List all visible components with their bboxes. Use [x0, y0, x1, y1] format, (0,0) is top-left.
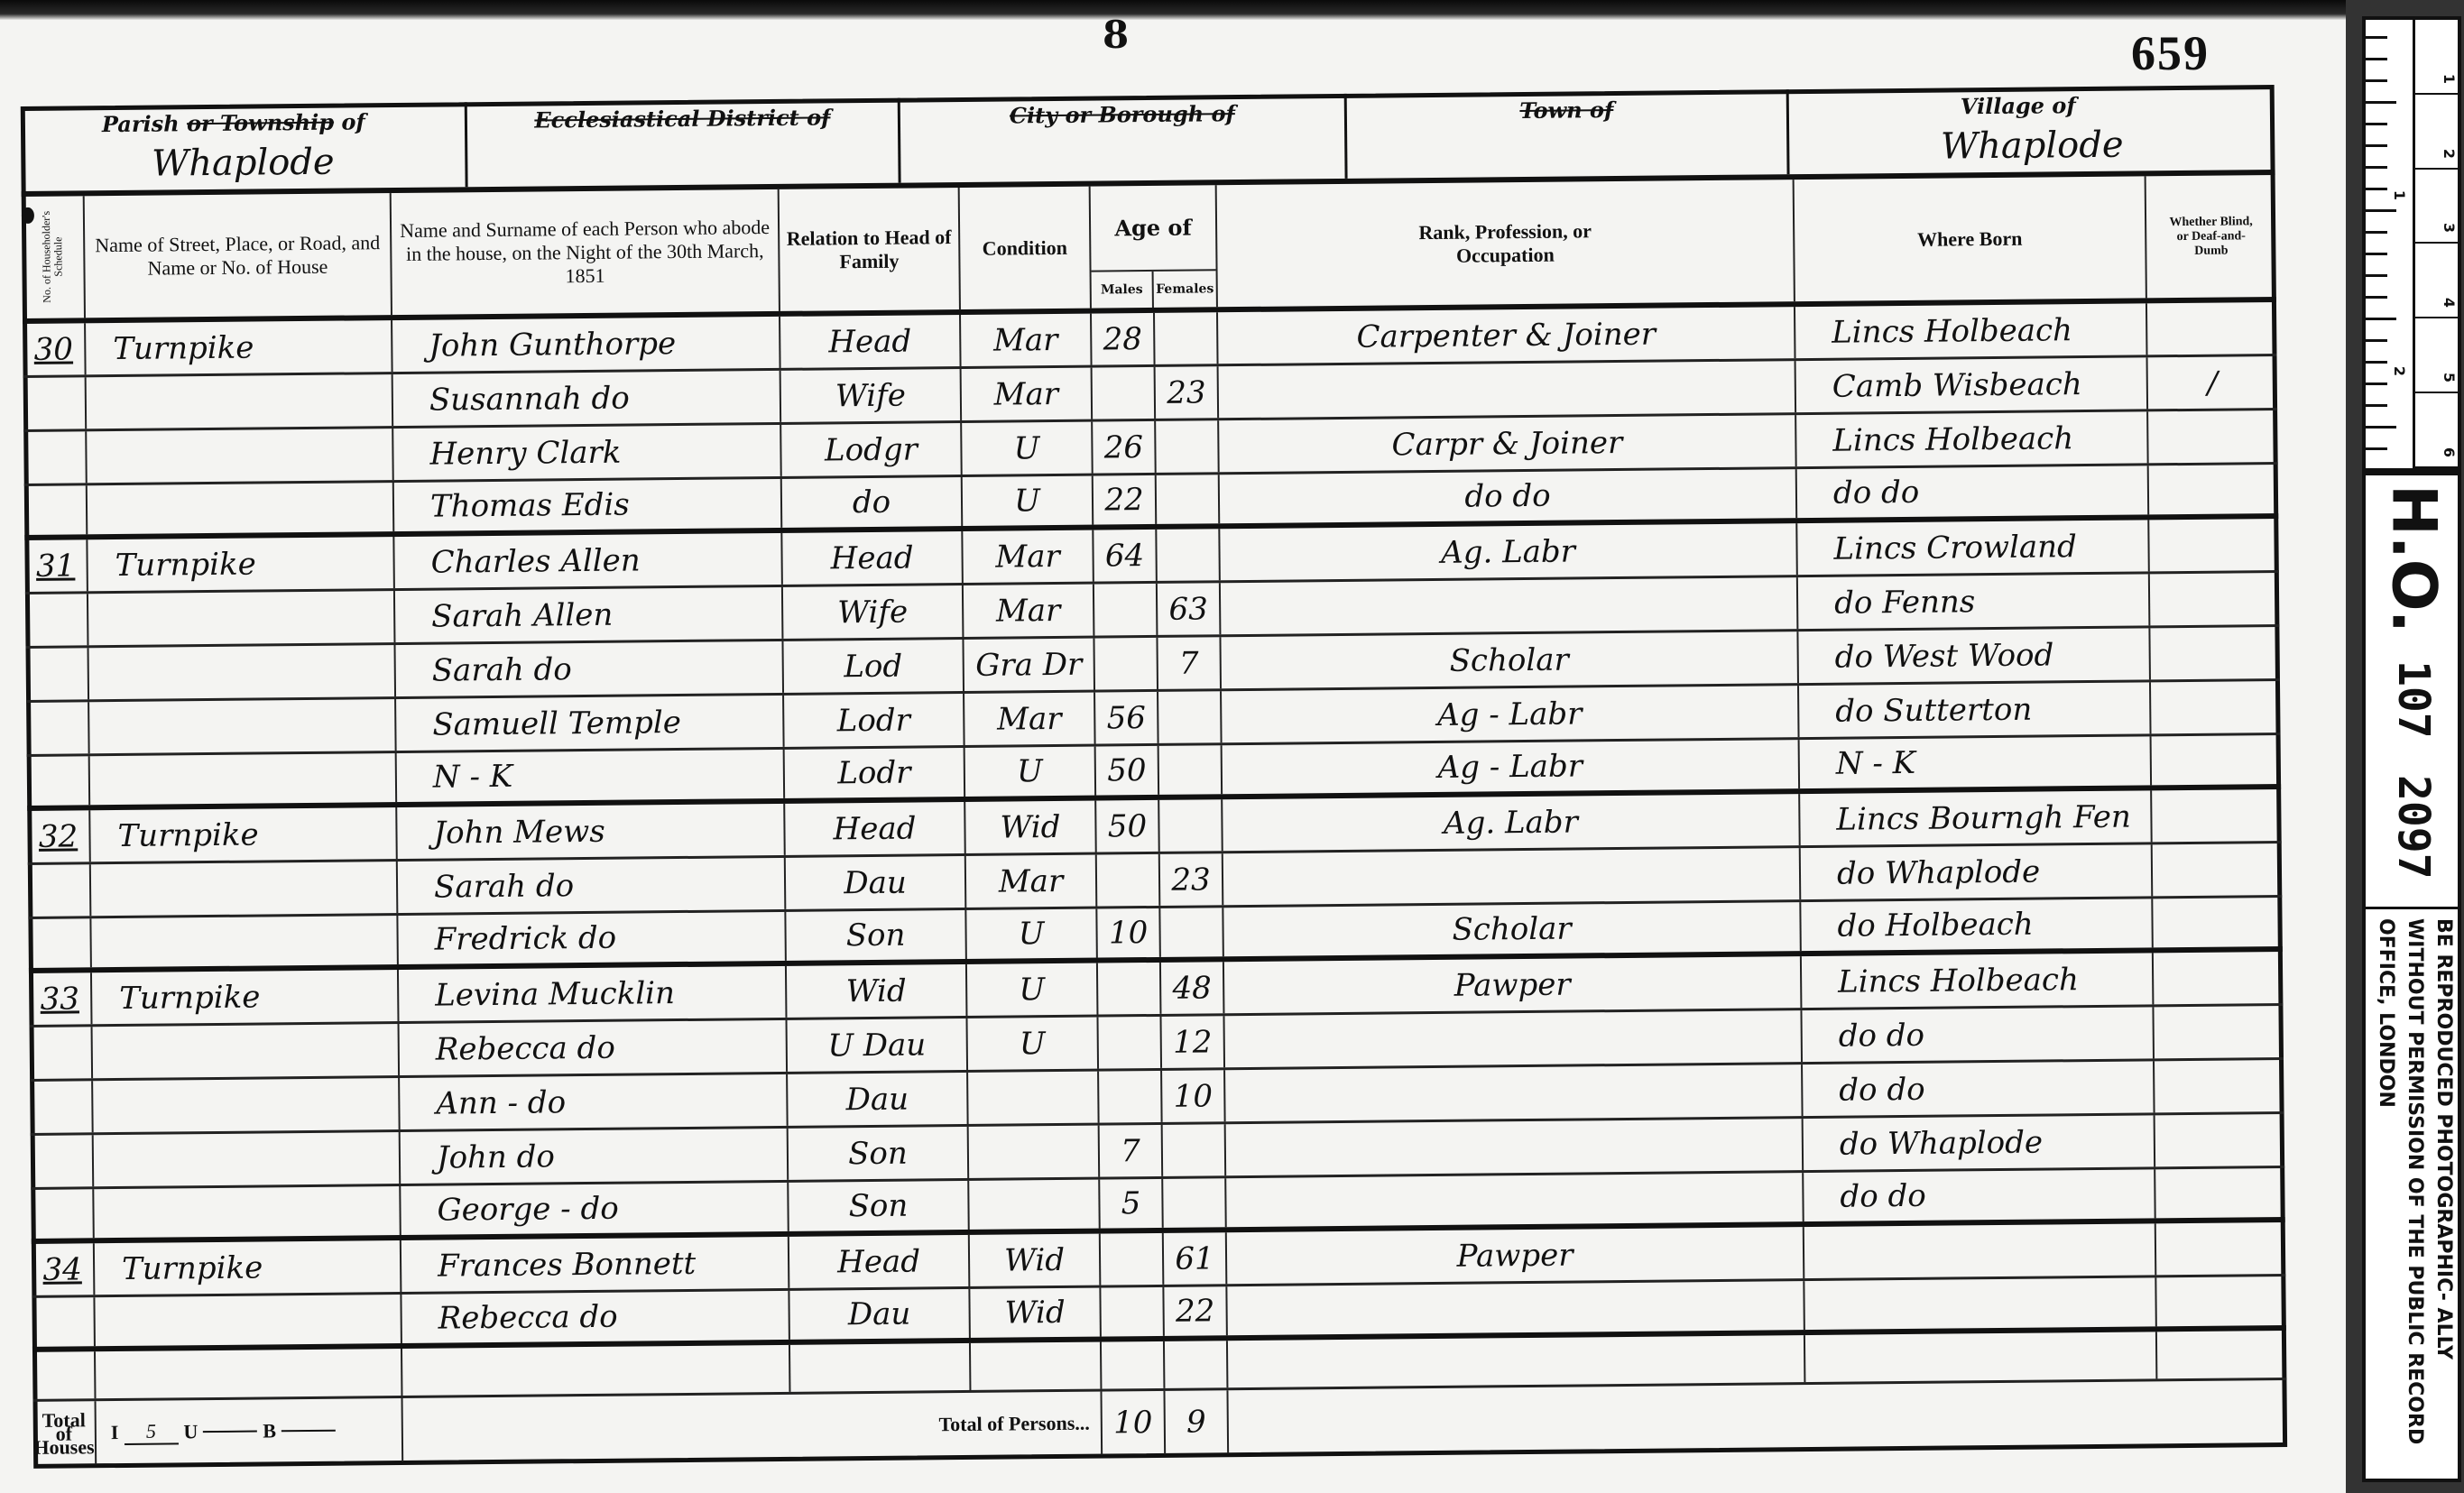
- where-born-cell: [1804, 1277, 2157, 1330]
- relation-cell: Head: [780, 315, 962, 368]
- house-counts: I 5 U B: [97, 1398, 404, 1464]
- blind-deaf-cell: [2152, 789, 2282, 842]
- blind-deaf-cell: [2156, 1222, 2286, 1275]
- condition-cell: [968, 1072, 1100, 1124]
- occupation-cell: do do: [1220, 469, 1797, 523]
- age-female-cell: 61: [1164, 1232, 1228, 1285]
- col-where-born-header: Where Born: [1795, 176, 2147, 301]
- occupation-cell: [1227, 1281, 1804, 1335]
- blind-deaf-cell: [2150, 627, 2280, 679]
- age-female-cell: [1156, 420, 1220, 473]
- census-entries: 30TurnpikeJohn GunthorpeHeadMar28Carpent…: [23, 302, 2286, 1352]
- street-name-cell: Turnpike: [95, 1240, 402, 1295]
- where-born-cell: Lincs Crowland: [1797, 520, 2150, 575]
- blind-deaf-cell: [2149, 519, 2279, 571]
- condition-cell: U: [966, 909, 1098, 959]
- age-of-label: Age of: [1091, 185, 1216, 272]
- age-male-cell: [1098, 963, 1162, 1015]
- reproduction-notice: BE REPRODUCED PHOTOGRAPHIC- ALLY WITHOUT…: [2366, 907, 2461, 1479]
- age-female-cell: 22: [1164, 1286, 1228, 1336]
- occupation-cell: Carpenter & Joiner: [1218, 307, 1796, 364]
- relation-cell: Lodgr: [781, 423, 963, 476]
- age-female-cell: 12: [1161, 1016, 1225, 1068]
- age-male-cell: 64: [1094, 530, 1158, 582]
- age-female-cell: [1163, 1124, 1227, 1176]
- col-schedule-label: No. of Householder's Schedule: [41, 197, 65, 318]
- blind-deaf-cell: [2150, 573, 2280, 625]
- col-street-header: Name of Street, Place, or Road, and Name…: [85, 193, 392, 318]
- street-name-cell: [87, 374, 394, 429]
- age-female-cell: 10: [1162, 1070, 1226, 1122]
- ruler-tick: [2366, 79, 2387, 82]
- ruler-tick: [2366, 123, 2387, 125]
- reference-piece: 2097: [2388, 775, 2439, 880]
- person-name-cell: Frances Bonnett: [401, 1237, 790, 1292]
- town-value: [1347, 127, 1786, 132]
- village-label: Village of: [1789, 90, 2275, 121]
- occupation-cell: Ag. Labr: [1223, 794, 1801, 851]
- where-born-cell: [1804, 1223, 2157, 1278]
- blind-deaf-cell: [2155, 1114, 2285, 1166]
- person-name-cell: John Mews: [397, 804, 786, 859]
- ruler-inch-scale: 12: [2366, 20, 2415, 468]
- blind-deaf-cell: [2156, 1276, 2286, 1326]
- age-male-cell: 22: [1094, 475, 1158, 525]
- archive-reference-label: H.O. 107 2097 BE REPRODUCED PHOTOGRAPHIC…: [2362, 472, 2461, 1482]
- age-females-label: Females: [1154, 271, 1216, 308]
- ruler-tick: [2366, 447, 2387, 450]
- reference-code: H.O. 107 2097: [2366, 475, 2461, 908]
- blind-deaf-cell: [2152, 735, 2282, 785]
- age-male-cell: [1094, 638, 1158, 690]
- ruler-tick: [2366, 404, 2387, 407]
- ecclesiastical-value: [467, 136, 898, 141]
- condition-cell: Wid: [970, 1234, 1102, 1286]
- age-male-cell: 10: [1097, 908, 1161, 958]
- col-age-header: Age of Males Females: [1091, 185, 1218, 308]
- age-male-cell: 50: [1096, 746, 1160, 796]
- ruler-tick: [2366, 426, 2396, 429]
- relation-cell: Wid: [787, 964, 968, 1018]
- ruler-tick: [2366, 101, 2396, 104]
- where-born-cell: do Sutterton: [1799, 682, 2152, 737]
- where-born-cell: do Holbeach: [1801, 899, 2154, 951]
- age-male-cell: 56: [1095, 692, 1159, 744]
- condition-cell: U: [968, 1018, 1100, 1070]
- town-field: Town of: [1347, 89, 1790, 179]
- where-born-cell: Lincs Holbeach: [1795, 303, 2148, 358]
- inhabited-value: 5: [124, 1419, 178, 1445]
- person-name-cell: Rebecca do: [401, 1291, 789, 1343]
- col-condition-header: Condition: [960, 187, 1092, 309]
- occupation-cell: Ag - Labr: [1223, 740, 1800, 794]
- ruler-tick: [2366, 296, 2387, 299]
- ruler-tick: [2366, 209, 2396, 212]
- age-female-cell: [1163, 1178, 1227, 1228]
- col-relation-header: Relation to Head of Family: [780, 188, 961, 311]
- schedule-number-cell: [25, 594, 89, 646]
- occupation-cell: [1223, 848, 1802, 905]
- age-male-cell: 28: [1092, 313, 1156, 365]
- street-name-cell: [89, 699, 397, 753]
- total-females: 9: [1165, 1390, 1229, 1454]
- schedule-number-cell: [28, 864, 92, 917]
- schedule-number-cell: 31: [24, 539, 88, 592]
- schedule-number-cell: [26, 648, 90, 700]
- person-name-cell: George - do: [401, 1183, 789, 1235]
- city-label: City or Borough of: [1010, 100, 1235, 128]
- street-name-cell: Turnpike: [92, 970, 400, 1024]
- parish-value: Whaplode: [21, 140, 465, 186]
- street-name-cell: [89, 645, 397, 699]
- street-name-cell: [90, 753, 398, 805]
- schedule-number-cell: [30, 1081, 94, 1133]
- relation-cell: Dau: [786, 856, 967, 909]
- person-name-cell: N - K: [397, 750, 785, 802]
- condition-cell: U: [963, 476, 1094, 526]
- uninhabited-value: [203, 1431, 257, 1433]
- where-born-cell: Lincs Holbeach: [1796, 411, 2149, 466]
- where-born-cell: Lincs Bourngh Fen: [1800, 790, 2153, 845]
- age-male-cell: 26: [1093, 421, 1157, 474]
- ruler-tick: [2366, 361, 2387, 364]
- schedule-number-cell: [32, 1297, 96, 1347]
- person-name-cell: Levina Mucklin: [399, 966, 788, 1021]
- blind-deaf-cell: [2151, 681, 2281, 733]
- person-name-cell: John do: [401, 1129, 789, 1184]
- relation-cell: Son: [786, 910, 967, 961]
- street-name-cell: Turnpike: [88, 537, 395, 591]
- person-name-cell: Sarah do: [398, 858, 787, 913]
- street-name-cell: [91, 862, 399, 916]
- schedule-number-cell: [27, 756, 91, 806]
- condition-cell: U: [962, 422, 1094, 475]
- age-male-cell: [1097, 854, 1161, 907]
- blind-deaf-cell: [2147, 302, 2277, 355]
- person-name-cell: Thomas Edis: [394, 479, 782, 531]
- occupation-cell: Scholar: [1221, 631, 1799, 688]
- totals-empty: [1228, 1380, 2287, 1453]
- age-male-cell: 7: [1100, 1125, 1164, 1177]
- where-born-cell: Lincs Holbeach: [1802, 953, 2155, 1008]
- age-male-cell: [1099, 1071, 1163, 1123]
- schedule-number-cell: [24, 485, 88, 535]
- street-name-cell: [88, 591, 396, 645]
- person-name-cell: Rebecca do: [400, 1020, 789, 1075]
- reference-class: 107: [2388, 660, 2439, 739]
- person-name-cell: John Gunthorpe: [392, 317, 781, 372]
- street-name-cell: [94, 1186, 401, 1238]
- schedule-number-cell: 33: [29, 972, 93, 1025]
- ruler-tick: [2366, 36, 2387, 39]
- ruler-tick: [2366, 318, 2396, 320]
- uninhabited-label: U: [183, 1420, 198, 1443]
- age-males-label: Males: [1092, 272, 1154, 309]
- occupation-cell: [1221, 577, 1799, 634]
- age-male-cell: 50: [1096, 800, 1160, 852]
- where-born-cell: do do: [1804, 1169, 2156, 1221]
- where-born-cell: do do: [1803, 1061, 2155, 1116]
- blind-deaf-cell: [2155, 1168, 2285, 1218]
- total-persons-label: Total of Persons...: [403, 1392, 1103, 1461]
- parish-label: Parish: [102, 110, 180, 137]
- schedule-number-cell: [28, 918, 92, 968]
- col-occupation-header: Rank, Profession, or Occupation: [1217, 180, 1795, 307]
- schedule-number-cell: [31, 1189, 95, 1239]
- ruler-tick: [2366, 339, 2387, 342]
- schedule-number-cell: 32: [27, 810, 91, 862]
- relation-cell: Head: [785, 802, 966, 855]
- age-female-cell: [1159, 745, 1223, 795]
- occupation-cell: Carpr & Joiner: [1219, 415, 1797, 472]
- condition-cell: Wid: [965, 801, 1097, 853]
- ruler-cm-label: 6: [2415, 393, 2458, 468]
- col-schedule-header: No. of Householder's Schedule: [22, 196, 86, 318]
- age-female-cell: 63: [1158, 583, 1222, 635]
- street-name-cell: [91, 916, 399, 967]
- street-name-cell: Turnpike: [90, 807, 398, 862]
- ruler-tick: [2366, 231, 2387, 234]
- street-name-cell: [93, 1078, 401, 1132]
- condition-cell: Wid: [970, 1288, 1102, 1338]
- relation-cell: Dau: [788, 1073, 969, 1126]
- condition-cell: Mar: [961, 314, 1093, 366]
- person-name-cell: Charles Allen: [394, 533, 783, 588]
- person-name-cell: Sarah Allen: [395, 587, 784, 642]
- occupation-cell: [1225, 1064, 1804, 1121]
- person-name-cell: Susannah do: [393, 371, 782, 426]
- of-label: of: [341, 108, 365, 134]
- ruler-tick: [2366, 188, 2387, 190]
- ruler-inch-label: 2: [2395, 363, 2404, 380]
- street-name-cell: [94, 1132, 401, 1186]
- relation-cell: Wife: [783, 585, 964, 639]
- occupation-cell: Scholar: [1223, 902, 1801, 956]
- person-name-cell: Samuell Temple: [396, 696, 785, 751]
- age-male-cell: [1094, 584, 1158, 636]
- condition-cell: U: [965, 747, 1097, 797]
- age-female-cell: 23: [1160, 853, 1224, 906]
- relation-cell: U Dau: [788, 1018, 969, 1072]
- building-value: [281, 1430, 336, 1433]
- relation-cell: do: [782, 477, 964, 528]
- occupation-cell: Pawper: [1224, 956, 1803, 1013]
- street-name-cell: [93, 1024, 401, 1078]
- occupation-cell: [1226, 1119, 1804, 1175]
- street-name-cell: [95, 1295, 402, 1346]
- ecclesiastical-district-field: Ecclesiastical District of: [467, 98, 901, 188]
- schedule-number-cell: [23, 431, 88, 484]
- schedule-number-cell: [23, 377, 88, 429]
- relation-cell: Head: [782, 531, 964, 585]
- relation-cell: Lodr: [784, 694, 965, 747]
- occupation-cell: [1226, 1173, 1804, 1227]
- schedule-number-cell: 30: [23, 323, 87, 375]
- age-female-cell: [1160, 908, 1224, 957]
- occupation-cell: Pawper: [1227, 1227, 1805, 1284]
- condition-cell: Gra Dr: [964, 639, 1095, 691]
- blind-deaf-cell: /: [2148, 356, 2278, 409]
- ruler-tick: [2366, 274, 2387, 277]
- where-born-cell: do West Wood: [1798, 628, 2151, 683]
- relation-cell: Head: [789, 1235, 971, 1288]
- town-label: Town of: [1519, 97, 1613, 124]
- ruler-tick: [2366, 166, 2387, 169]
- ruler-tick: [2366, 144, 2387, 147]
- schedule-number-cell: [31, 1135, 95, 1187]
- occupation-cell: [1224, 1010, 1803, 1067]
- scale-ruler: 12 123456: [2362, 16, 2461, 472]
- schedule-number-cell: 34: [32, 1243, 96, 1295]
- blind-deaf-cell: [2148, 410, 2278, 463]
- age-female-cell: [1158, 691, 1223, 743]
- age-female-cell: [1159, 799, 1223, 852]
- inhabited-label: I: [111, 1421, 119, 1444]
- where-born-cell: do Whaplode: [1801, 844, 2154, 899]
- col-name-header: Name and Surname of each Person who abod…: [392, 189, 780, 315]
- blind-deaf-cell: [2149, 465, 2279, 514]
- blind-deaf-cell: [2155, 1060, 2284, 1112]
- street-name-cell: Turnpike: [86, 320, 393, 374]
- total-males: 10: [1102, 1391, 1166, 1455]
- where-born-cell: N - K: [1800, 736, 2153, 788]
- where-born-cell: do do: [1802, 1007, 2155, 1062]
- col-blind-header: Whether Blind, or Deaf-and-Dumb: [2146, 175, 2276, 298]
- city-value: [900, 132, 1344, 136]
- relation-cell: Lod: [783, 640, 964, 693]
- column-header-row: No. of Householder's Schedule Name of St…: [22, 175, 2276, 324]
- ruler-tick: [2366, 58, 2387, 60]
- condition-cell: Mar: [963, 530, 1094, 583]
- schedule-number-cell: [26, 702, 90, 754]
- where-born-cell: do Fenns: [1798, 574, 2151, 629]
- person-name-cell: Fredrick do: [398, 912, 786, 964]
- age-female-cell: 23: [1156, 366, 1220, 419]
- condition-cell: U: [967, 963, 1099, 1016]
- condition-cell: Mar: [964, 693, 1096, 745]
- age-male-cell: [1101, 1233, 1165, 1286]
- person-name-cell: Henry Clark: [393, 425, 782, 480]
- relation-cell: Lodr: [785, 748, 966, 798]
- condition-cell: [969, 1126, 1101, 1178]
- ruler-cm-label: 5: [2415, 318, 2458, 393]
- age-male-cell: [1098, 1017, 1162, 1069]
- condition-cell: Mar: [962, 368, 1094, 420]
- ecclesiastical-label: Ecclesiastical District of: [534, 104, 830, 133]
- person-name-cell: Sarah do: [395, 641, 784, 696]
- street-name-cell: [88, 483, 395, 534]
- ruler-cm-label: 1: [2415, 20, 2458, 95]
- occupation-cell: Ag - Labr: [1222, 686, 1800, 742]
- census-table: No. of Householder's Schedule Name of St…: [22, 175, 2287, 1465]
- age-male-cell: 5: [1100, 1179, 1164, 1229]
- total-houses-label: Total of Houses: [33, 1401, 97, 1465]
- age-male-cell: [1093, 367, 1157, 419]
- ruler-cm-label: 3: [2415, 170, 2458, 244]
- ruler-cm-scale: 123456: [2415, 20, 2458, 468]
- person-name-cell: Ann - do: [400, 1074, 789, 1129]
- street-name-cell: [87, 429, 394, 483]
- condition-cell: [969, 1180, 1101, 1230]
- ruler-cm-label: 4: [2415, 244, 2458, 318]
- condition-cell: Mar: [964, 585, 1095, 637]
- village-value: Whaplode: [1789, 123, 2275, 169]
- ruler-tick: [2366, 382, 2387, 385]
- condition-cell: Mar: [966, 855, 1098, 908]
- where-born-cell: do do: [1797, 465, 2150, 518]
- relation-cell: Wife: [781, 369, 963, 422]
- where-born-cell: do Whaplode: [1804, 1115, 2156, 1170]
- where-born-cell: Camb Wisbeach: [1796, 357, 2149, 412]
- ruler-inch-label: 1: [2395, 187, 2404, 204]
- blind-deaf-cell: [2153, 843, 2283, 896]
- reference-prefix: H.O.: [2378, 484, 2450, 633]
- age-female-cell: [1157, 529, 1221, 581]
- blind-deaf-cell: [2153, 898, 2283, 947]
- blind-deaf-cell: [2154, 952, 2284, 1004]
- occupation-cell: [1219, 361, 1797, 418]
- age-female-cell: [1155, 312, 1219, 364]
- village-field: Village of Whaplode: [1789, 85, 2275, 174]
- age-female-cell: 7: [1158, 637, 1222, 689]
- building-label: B: [263, 1419, 276, 1442]
- schedule-number-cell: [30, 1027, 94, 1079]
- age-male-cell: [1101, 1287, 1165, 1337]
- age-female-cell: [1157, 475, 1221, 524]
- city-borough-field: City or Borough of: [900, 94, 1348, 183]
- parish-field: Parish or Township of Whaplode: [21, 102, 468, 191]
- ruler-cm-label: 2: [2415, 95, 2458, 170]
- census-sheet: Parish or Township of Whaplode Ecclesias…: [20, 14, 2289, 1479]
- relation-cell: Son: [789, 1181, 970, 1231]
- blind-deaf-cell: [2154, 1006, 2284, 1058]
- occupation-cell: Ag. Labr: [1220, 523, 1798, 580]
- age-female-cell: 48: [1161, 962, 1225, 1014]
- ruler-tick: [2366, 253, 2387, 255]
- township-label-struck: or Township: [187, 109, 334, 137]
- relation-cell: Dau: [789, 1289, 971, 1340]
- relation-cell: Son: [789, 1127, 970, 1180]
